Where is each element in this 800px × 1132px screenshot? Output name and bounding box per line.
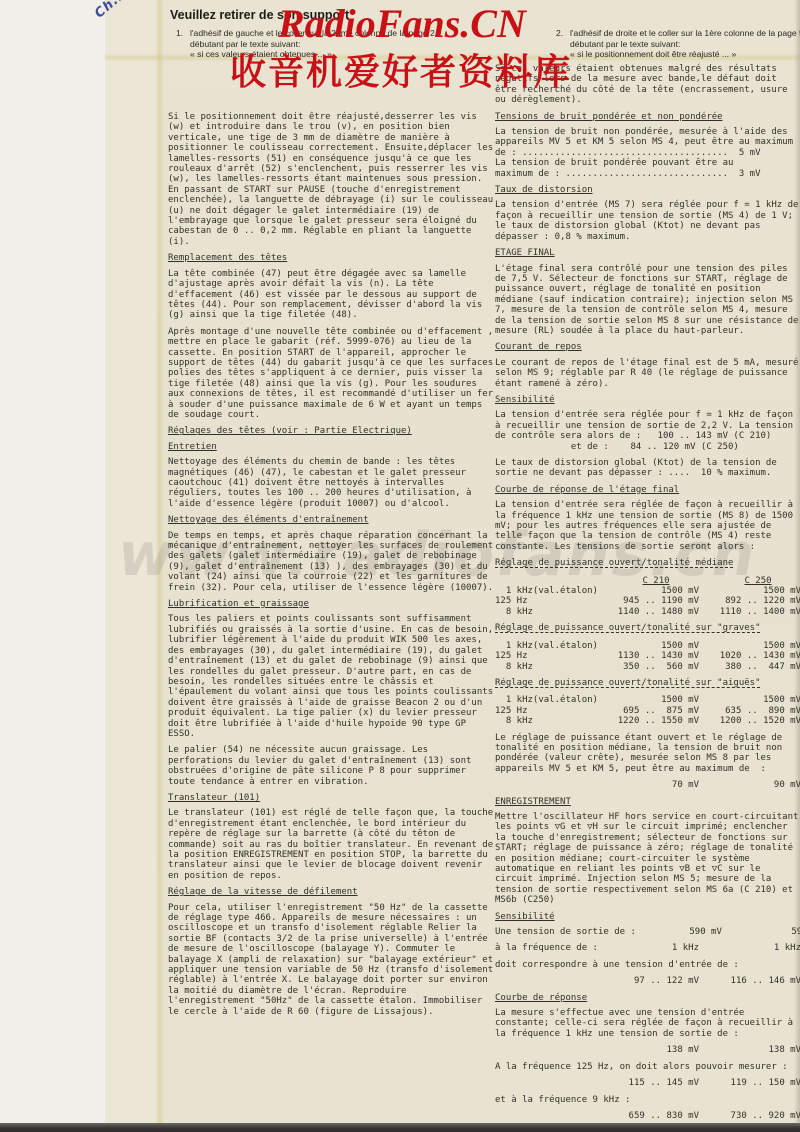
instruction-number: 1.: [176, 28, 190, 60]
paragraph: L'étage final sera contrôlé pour une ten…: [495, 264, 799, 337]
section-heading: Translateur (101): [168, 793, 494, 803]
value-cell: 138 mV: [715, 1045, 800, 1055]
table-row: 1 kHz(val.étalon)1500 mV1500 mV: [495, 641, 799, 651]
table-cell: 1 kHz(val.étalon): [495, 586, 613, 596]
table-column-header: C 250: [715, 576, 800, 586]
section-heading: Sensibilité: [495, 395, 799, 405]
value-cell: 70 mV: [613, 780, 699, 790]
value-row: Une tension de sortie de :590 mV590 mV: [495, 927, 799, 937]
table-row: 1 kHz(val.étalon)1500 mV1500 mV: [495, 586, 799, 596]
table-row: 125 Hz945 .. 1190 mV892 .. 1220 mV: [495, 596, 799, 606]
section-heading: Nettoyage des éléments d'entraînement: [168, 515, 494, 525]
red-watermark-cjk: 收音机爱好者资料库: [230, 44, 572, 95]
table-cell: [495, 576, 613, 586]
column-header-label: C 250: [744, 576, 771, 586]
value-row: 97 .. 122 mV116 .. 146 mV: [495, 976, 799, 986]
table-row: 8 kHz1220 .. 1550 mV1200 .. 1520 mV: [495, 716, 799, 726]
paragraph: A la fréquence 125 Hz, on doit alors pou…: [495, 1062, 799, 1072]
table-cell: 8 kHz: [495, 716, 613, 726]
paragraph: Après montage d'une nouvelle tête combin…: [168, 327, 494, 421]
value-row: 659 .. 830 mV730 .. 920 mV: [495, 1111, 799, 1121]
section-heading: Tensions de bruit pondérée et non pondér…: [495, 112, 799, 122]
table-cell: 1020 .. 1430 mV: [715, 651, 800, 661]
table-cell: 1130 .. 1430 mV: [613, 651, 699, 661]
value-cell: 119 .. 150 mV: [715, 1078, 800, 1088]
table-cell: 1500 mV: [715, 695, 800, 705]
instruction-line: « si le positionnement doit être réajust…: [570, 49, 800, 60]
section-heading: ETAGE FINAL: [495, 248, 799, 258]
table-row: 8 kHz1140 .. 1480 mV1110 .. 1400 mV: [495, 607, 799, 617]
value-row: 138 mV138 mV: [495, 1045, 799, 1055]
table-cell: 8 kHz: [495, 607, 613, 617]
section-heading: Courbe de réponse: [495, 993, 799, 1003]
data-table: Réglage de puissance ouvert/tonalité sur…: [495, 678, 799, 727]
value-cell: 659 .. 830 mV: [613, 1111, 699, 1121]
data-table: Réglage de puissance ouvert/tonalité méd…: [495, 558, 799, 617]
red-watermark-brand: RadioFans.CN: [278, 0, 526, 47]
right-column: Si ces valeurs étaient obtenues malgré d…: [495, 64, 799, 1127]
paragraph: Le réglage de puissance étant ouvert et …: [495, 733, 799, 775]
table-cell: 635 .. 890 mV: [715, 706, 800, 716]
value-label: [495, 1111, 613, 1121]
paragraph: Tous les paliers et points coulissants s…: [168, 614, 494, 739]
table-cell: 695 .. 875 mV: [613, 706, 699, 716]
value-label: [495, 1078, 613, 1088]
column-header-label: C 210: [642, 576, 669, 586]
table-row: 8 kHz350 .. 560 mV380 .. 447 mV: [495, 662, 799, 672]
table-title: Réglage de puissance ouvert/tonalité sur…: [495, 678, 799, 688]
table-cell: 350 .. 560 mV: [613, 662, 699, 672]
paragraph: La tension de bruit non pondérée, mesuré…: [495, 127, 799, 179]
value-cell: 97 .. 122 mV: [613, 976, 699, 986]
value-cell: 590 mV: [738, 927, 800, 937]
table-cell: 1140 .. 1480 mV: [613, 607, 699, 617]
value-cell: 90 mV: [715, 780, 800, 790]
section-heading: Lubrification et graissage: [168, 599, 494, 609]
paragraph: La tête combinée (47) peut être dégagée …: [168, 269, 494, 321]
value-row: 70 mV90 mV: [495, 780, 799, 790]
table-title: Réglage de puissance ouvert/tonalité sur…: [495, 623, 799, 633]
section-heading: Réglage de la vitesse de défilement: [168, 887, 494, 897]
section-heading: ENREGISTREMENT: [495, 797, 799, 807]
paragraph: De temps en temps, et après chaque répar…: [168, 531, 494, 593]
left-column: Si le positionnement doit être réajusté,…: [168, 112, 494, 1023]
paragraph: doit correspondre à une tension d'entrée…: [495, 960, 799, 970]
section-heading: Remplacement des têtes: [168, 253, 494, 263]
table-header-row: C 210C 250: [495, 576, 799, 586]
table-row: 125 Hz1130 .. 1430 mV1020 .. 1430 mV: [495, 651, 799, 661]
table-cell: 1200 .. 1520 mV: [715, 716, 800, 726]
table-cell: 1220 .. 1550 mV: [613, 716, 699, 726]
paragraph: Le translateur (101) est réglé de telle …: [168, 808, 494, 881]
paragraph: La tension d'entrée (MS 7) sera réglée p…: [495, 200, 799, 242]
value-cell: 115 .. 145 mV: [613, 1078, 699, 1088]
value-cell: 138 mV: [613, 1045, 699, 1055]
table-cell: 1500 mV: [613, 586, 699, 596]
paragraph: Nettoyage des éléments du chemin de band…: [168, 457, 494, 509]
paragraph: Le palier (54) ne nécessite aucun graiss…: [168, 745, 494, 787]
instruction-2: 2. l'adhésif de droite et le coller sur …: [556, 28, 800, 60]
paragraph: Mettre l'oscillateur HF hors service en …: [495, 812, 799, 906]
section-heading: Entretien: [168, 442, 494, 452]
value-label: [495, 1045, 613, 1055]
value-row: à la fréquence de :1 kHz1 kHz: [495, 943, 799, 953]
table-column-header: C 210: [613, 576, 699, 586]
table-row: 125 Hz695 .. 875 mV635 .. 890 mV: [495, 706, 799, 716]
value-row: 115 .. 145 mV119 .. 150 mV: [495, 1078, 799, 1088]
section-heading: Réglages des têtes (voir : Partie Electr…: [168, 426, 494, 436]
value-label: à la fréquence de :: [495, 943, 613, 953]
table-cell: 125 Hz: [495, 596, 613, 606]
section-heading: Courbe de réponse de l'étage final: [495, 485, 799, 495]
table-cell: 1 kHz(val.étalon): [495, 695, 613, 705]
data-table: Réglage de puissance ouvert/tonalité sur…: [495, 623, 799, 672]
paragraph: Pour cela, utiliser l'enregistrement "50…: [168, 903, 494, 1017]
section-heading: Sensibilité: [495, 912, 799, 922]
instruction-line: l'adhésif de droite et le coller sur la …: [570, 28, 800, 39]
paragraph: La tension d'entrée sera réglée de façon…: [495, 500, 799, 552]
table-cell: 380 .. 447 mV: [715, 662, 800, 672]
table-cell: 125 Hz: [495, 651, 613, 661]
paragraph: La tension d'entrée sera réglée pour f =…: [495, 410, 799, 452]
paragraph: La mesure s'effectue avec une tension d'…: [495, 1008, 799, 1039]
table-cell: 1500 mV: [715, 641, 800, 651]
table-cell: 1500 mV: [715, 586, 800, 596]
value-cell: 116 .. 146 mV: [715, 976, 800, 986]
value-label: Une tension de sortie de :: [495, 927, 636, 937]
paragraph: Le courant de repos de l'étage final est…: [495, 358, 799, 389]
paragraph: Le taux de distorsion global (Ktot) de l…: [495, 458, 799, 479]
table-cell: 945 .. 1190 mV: [613, 596, 699, 606]
paragraph: et à la fréquence 9 kHz :: [495, 1095, 799, 1105]
paragraph: Si le positionnement doit être réajusté,…: [168, 112, 494, 247]
table-cell: 8 kHz: [495, 662, 613, 672]
table-cell: 125 Hz: [495, 706, 613, 716]
instruction-line: débutant par le texte suivant:: [570, 39, 800, 50]
table-cell: 1500 mV: [613, 641, 699, 651]
value-cell: 1 kHz: [613, 943, 699, 953]
table-title: Réglage de puissance ouvert/tonalité méd…: [495, 558, 799, 568]
section-heading: Courant de repos: [495, 342, 799, 352]
table-cell: 1500 mV: [613, 695, 699, 705]
value-label: [495, 780, 613, 790]
value-cell: 590 mV: [636, 927, 722, 937]
value-cell: 730 .. 920 mV: [715, 1111, 800, 1121]
table-cell: 892 .. 1220 mV: [715, 596, 800, 606]
table-cell: 1110 .. 1400 mV: [715, 607, 800, 617]
table-row: 1 kHz(val.étalon)1500 mV1500 mV: [495, 695, 799, 705]
value-cell: 1 kHz: [715, 943, 800, 953]
table-cell: 1 kHz(val.étalon): [495, 641, 613, 651]
value-label: [495, 976, 613, 986]
section-heading: Taux de distorsion: [495, 185, 799, 195]
